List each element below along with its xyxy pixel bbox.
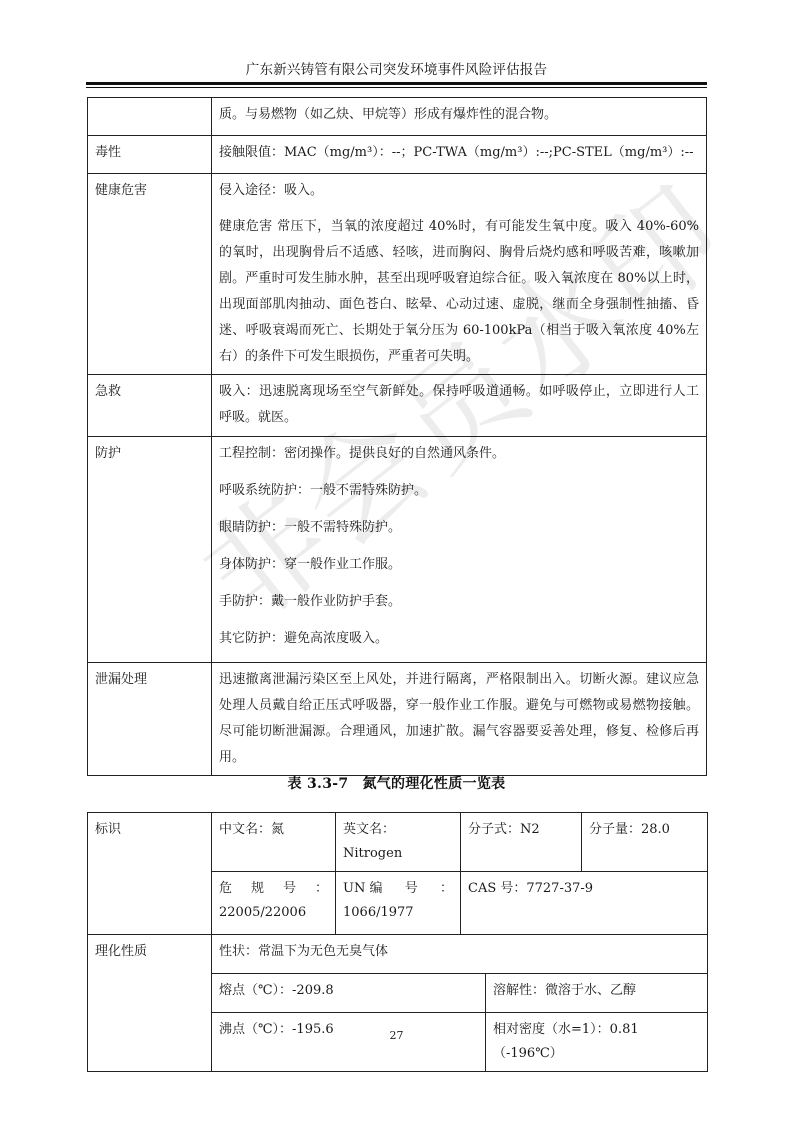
label-char: 规 (251, 877, 264, 901)
table-row: 毒性 接触限值：MAC（mg/m³）：--；PC-TWA（mg/m³）:--;P… (88, 136, 707, 174)
first-aid-text: 吸入：迅速脱离现场至空气新鲜处。保持呼吸道通畅。如呼吸停止，立即进行人工呼吸。就… (219, 379, 699, 431)
cas-number-cell: CAS 号：7727-37-9 (461, 872, 708, 935)
label-char: 危 (219, 877, 232, 901)
health-route-text: 侵入途径：吸入。 (219, 178, 699, 204)
hazard-number-value: 22005/22006 (219, 901, 328, 925)
row-content-leak-handling: 迅速撤离泄漏污染区至上风处，并进行隔离，严格限制出入。切断火源。建议应急处理人员… (212, 663, 707, 776)
protection-other: 其它防护：避免高浓度吸入。 (219, 626, 699, 652)
relative-density-cell: 相对密度（水=1）：0.81（-196℃） (486, 1013, 708, 1072)
protection-respiratory: 呼吸系统防护：一般不需特殊防护。 (219, 478, 699, 504)
hazard-number-cell: 危 规 号 ： 22005/22006 (212, 872, 336, 935)
molecular-weight-cell: 分子量：28.0 (582, 813, 708, 872)
protection-eyes: 眼睛防护：一般不需特殊防护。 (219, 515, 699, 541)
formula-cell: 分子式：N2 (461, 813, 582, 872)
row-label (88, 98, 212, 136)
label-char: ： (440, 877, 453, 901)
row-content-health-hazard: 侵入途径：吸入。 健康危害 常压下，当氧的浓度超过 40%时，有可能发生氧中度。… (212, 174, 707, 375)
page-header-title: 广东新兴铸管有限公司突发环境事件风险评估报告 (0, 58, 793, 78)
table-row: 急救 吸入：迅速脱离现场至空气新鲜处。保持呼吸道通畅。如呼吸停止，立即进行人工呼… (88, 375, 707, 437)
solubility-cell: 溶解性：微溶于水、乙醇 (486, 974, 708, 1013)
table-caption-number: 表 3.3-7 (288, 776, 349, 792)
table-row: 质。与易燃物（如乙炔、甲烷等）形成有爆炸性的混合物。 (88, 98, 707, 136)
table-row: 健康危害 侵入途径：吸入。 健康危害 常压下，当氧的浓度超过 40%时，有可能发… (88, 174, 707, 375)
un-number-cell: UN 编 号 ： 1066/1977 (336, 872, 461, 935)
melting-point-cell: 熔点（℃）：-209.8 (212, 974, 486, 1013)
table-row: 标识 中文名：氮 英文名：Nitrogen 分子式：N2 分子量：28.0 (88, 813, 708, 872)
appearance-cell: 性状：常温下为无色无臭气体 (212, 935, 708, 974)
row-label-leak-handling: 泄漏处理 (88, 663, 212, 776)
page-number: 27 (0, 1029, 793, 1042)
label-char: UN 编 (343, 877, 382, 901)
row-label-toxicity: 毒性 (88, 136, 212, 174)
oxygen-properties-table-continued: 质。与易燃物（如乙炔、甲烷等）形成有爆炸性的混合物。 毒性 接触限值：MAC（m… (87, 97, 707, 776)
row-label-first-aid: 急救 (88, 375, 212, 437)
boiling-point-cell: 沸点（℃）：-195.6 (212, 1013, 486, 1072)
label-char: 号 (405, 877, 418, 901)
un-number-value: 1066/1977 (343, 901, 453, 925)
table-row: 防护 工程控制：密闭操作。提供良好的自然通风条件。 呼吸系统防护：一般不需特殊防… (88, 437, 707, 663)
label-char: ： (315, 877, 328, 901)
table-row: 理化性质 性状：常温下为无色无臭气体 (88, 935, 708, 974)
chinese-name-cell: 中文名：氮 (212, 813, 336, 872)
row-content-protection: 工程控制：密闭操作。提供良好的自然通风条件。 呼吸系统防护：一般不需特殊防护。 … (212, 437, 707, 663)
row-content-first-aid: 吸入：迅速脱离现场至空气新鲜处。保持呼吸道通畅。如呼吸停止，立即进行人工呼吸。就… (212, 375, 707, 437)
protection-engineering: 工程控制：密闭操作。提供良好的自然通风条件。 (219, 441, 699, 467)
identification-label: 标识 (88, 813, 212, 935)
row-label-health-hazard: 健康危害 (88, 174, 212, 375)
table-caption: 表 3.3-7氮气的理化性质一览表 (0, 773, 793, 793)
properties-label: 理化性质 (88, 935, 212, 1072)
un-number-label: UN 编 号 ： (343, 877, 453, 901)
row-content: 质。与易燃物（如乙炔、甲烷等）形成有爆炸性的混合物。 (212, 98, 707, 136)
row-content-toxicity: 接触限值：MAC（mg/m³）：--；PC-TWA（mg/m³）:--;PC-S… (212, 136, 707, 174)
table-row: 泄漏处理 迅速撤离泄漏污染区至上风处，并进行隔离，严格限制出入。切断火源。建议应… (88, 663, 707, 776)
protection-hands: 手防护：戴一般作业防护手套。 (219, 589, 699, 615)
header-rule-thick (86, 82, 707, 85)
hazard-number-label: 危 规 号 ： (219, 877, 328, 901)
row-label-protection: 防护 (88, 437, 212, 663)
leak-handling-text: 迅速撤离泄漏污染区至上风处，并进行隔离，严格限制出入。切断火源。建议应急处理人员… (219, 667, 699, 771)
label-char: 号 (283, 877, 296, 901)
header-rule-thin (86, 87, 707, 88)
table-caption-title: 氮气的理化性质一览表 (362, 776, 505, 792)
protection-body: 身体防护：穿一般作业工作服。 (219, 552, 699, 578)
health-hazard-text: 健康危害 常压下，当氧的浓度超过 40%时，有可能发生氧中度。吸入 40%-60… (219, 214, 699, 370)
english-name-cell: 英文名：Nitrogen (336, 813, 461, 872)
